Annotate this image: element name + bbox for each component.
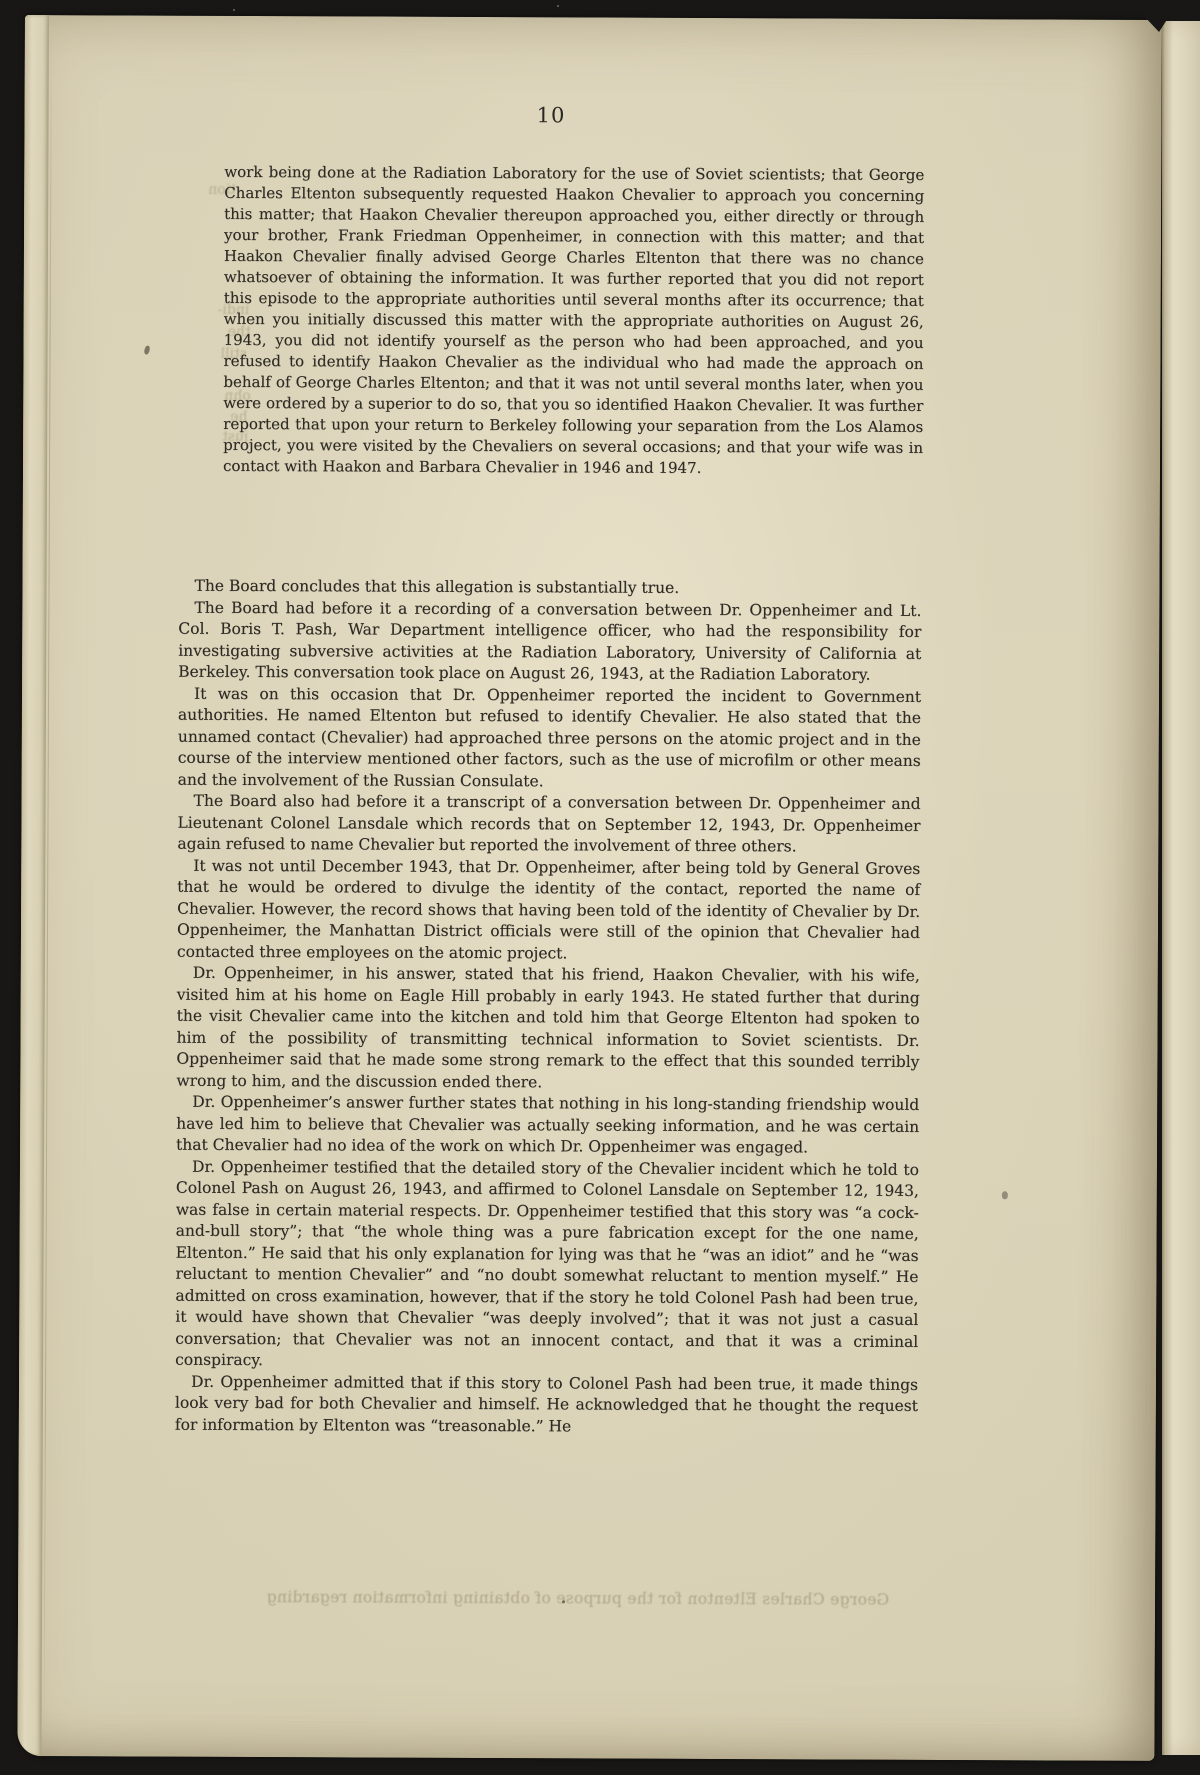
book-page: tion indi- the still ohn he just 10 work… [17, 15, 1162, 1761]
board-findings-text: The Board concludes that this allegation… [175, 576, 922, 1439]
allegation-quote-block: work being done at the Radiation Laborat… [223, 162, 924, 480]
paragraph-lansdale-transcript: The Board also had before it a transcrip… [177, 791, 920, 859]
paragraph-incident-report: It was on this occasion that Dr. Oppenhe… [178, 683, 921, 794]
ink-speck [1002, 1191, 1008, 1199]
paragraph-oppenheimer-answer: Dr. Oppenheimer, in his answer, stated t… [176, 963, 920, 1095]
adjacent-page-edge [1162, 21, 1200, 1755]
page-fold-notch [1143, 15, 1170, 32]
paragraph-pash-recording: The Board had before it a recording of a… [178, 597, 921, 686]
dust-speck [557, 5, 559, 7]
paragraph-cock-and-bull: Dr. Oppenheimer testified that the detai… [175, 1156, 919, 1374]
scanned-document-background: tion indi- the still ohn he just 10 work… [0, 0, 1200, 1775]
paragraph-board-conclusion: The Board concludes that this allegation… [178, 576, 921, 601]
paragraph-friendship: Dr. Oppenheimer’s answer further states … [176, 1092, 919, 1160]
dust-speck [233, 9, 235, 11]
ink-speck [562, 1600, 565, 1603]
paragraph-december-1943: It was not until December 1943, that Dr.… [177, 855, 920, 966]
ink-speck [144, 345, 151, 355]
paragraph-admission: Dr. Oppenheimer admitted that if this st… [175, 1371, 918, 1439]
bleed-through-line: George Charles Eltenton for the purpose … [183, 1588, 889, 1609]
page-number: 10 [181, 102, 922, 129]
